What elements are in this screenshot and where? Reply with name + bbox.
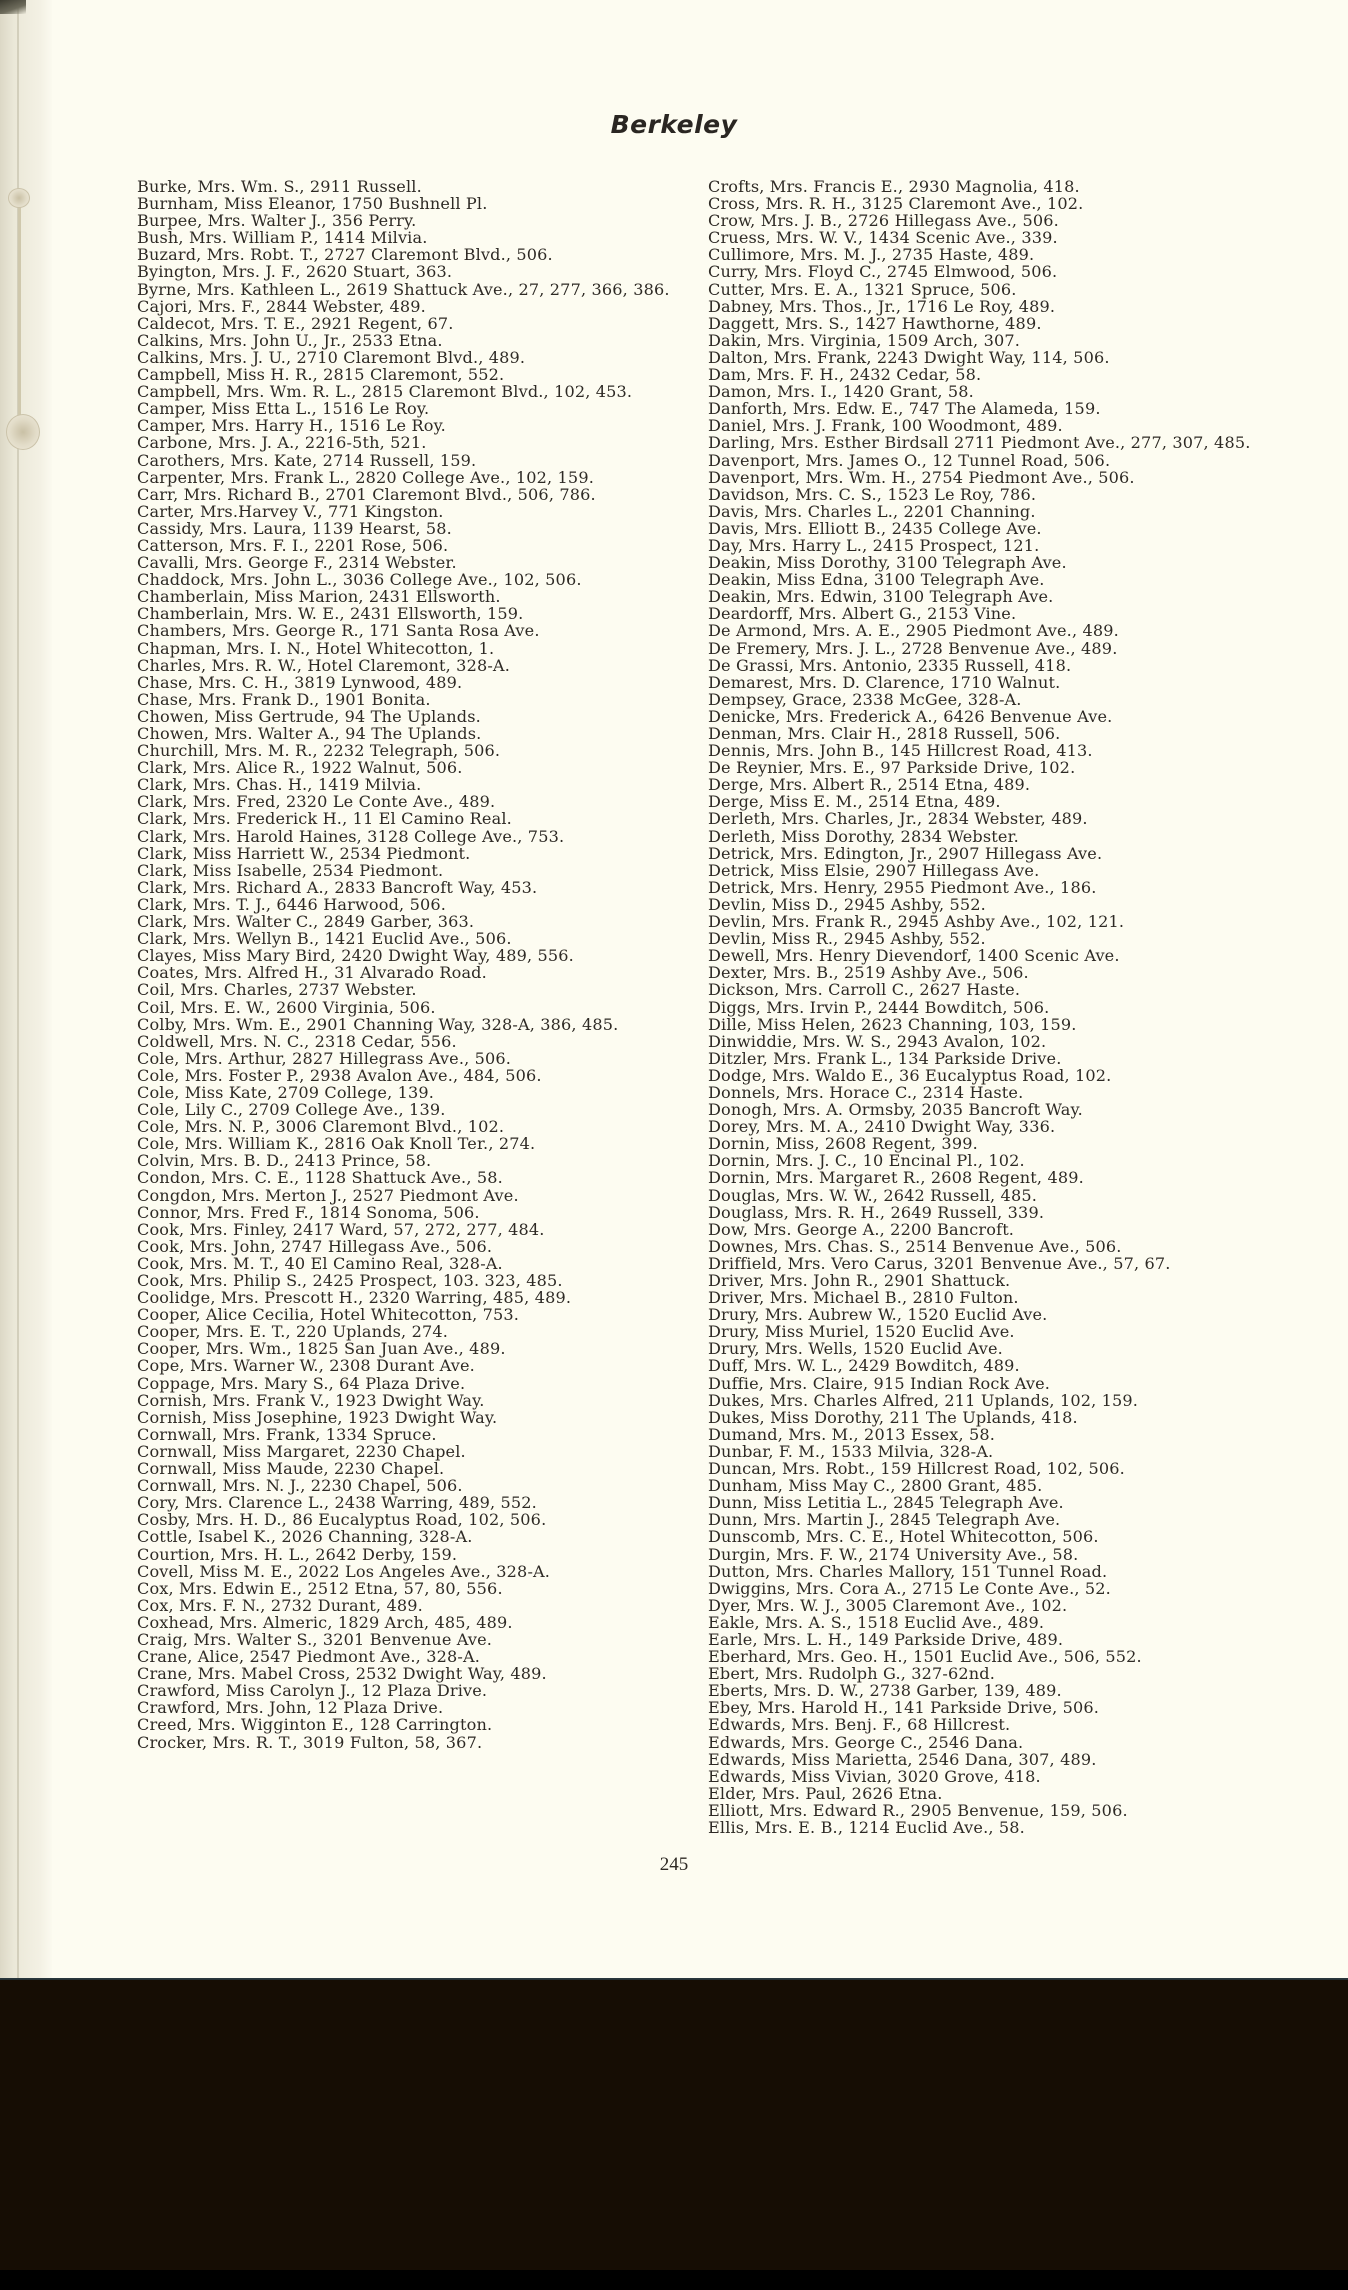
directory-entry: Dexter, Mrs. B., 2519 Ashby Ave., 506.: [708, 964, 1298, 981]
directory-entry: Byington, Mrs. J. F., 2620 Stuart, 363.: [137, 263, 697, 280]
directory-entry: Deakin, Miss Dorothy, 3100 Telegraph Ave…: [708, 554, 1298, 571]
directory-entry: Ditzler, Mrs. Frank L., 134 Parkside Dri…: [708, 1050, 1298, 1067]
directory-entry: Cook, Mrs. Finley, 2417 Ward, 57, 272, 2…: [137, 1221, 697, 1238]
directory-entry: Demarest, Mrs. D. Clarence, 1710 Walnut.: [708, 674, 1298, 691]
directory-entry: Cox, Mrs. Edwin E., 2512 Etna, 57, 80, 5…: [137, 1580, 697, 1597]
directory-entry: Drury, Mrs. Wells, 1520 Euclid Ave.: [708, 1340, 1298, 1357]
directory-entry: Dennis, Mrs. John B., 145 Hillcrest Road…: [708, 742, 1298, 759]
directory-entry: Congdon, Mrs. Merton J., 2527 Piedmont A…: [137, 1187, 697, 1204]
directory-entry: Clark, Mrs. Chas. H., 1419 Milvia.: [137, 776, 697, 793]
directory-entry: Clark, Miss Harriett W., 2534 Piedmont.: [137, 845, 697, 862]
directory-entry: Dumand, Mrs. M., 2013 Essex, 58.: [708, 1426, 1298, 1443]
directory-entry: Dornin, Mrs. J. C., 10 Encinal Pl., 102.: [708, 1152, 1298, 1169]
directory-entry: Churchill, Mrs. M. R., 2232 Telegraph, 5…: [137, 742, 697, 759]
directory-entry: Cole, Mrs. Foster P., 2938 Avalon Ave., …: [137, 1067, 697, 1084]
directory-entry: Driver, Mrs. Michael B., 2810 Fulton.: [708, 1289, 1298, 1306]
directory-entry: Dunham, Miss May C., 2800 Grant, 485.: [708, 1477, 1298, 1494]
directory-entry: Cullimore, Mrs. M. J., 2735 Haste, 489.: [708, 246, 1298, 263]
directory-entry: Eakle, Mrs. A. S., 1518 Euclid Ave., 489…: [708, 1614, 1298, 1631]
directory-entry: Dutton, Mrs. Charles Mallory, 151 Tunnel…: [708, 1563, 1298, 1580]
directory-entry: Clark, Miss Isabelle, 2534 Piedmont.: [137, 862, 697, 879]
directory-entry: Davidson, Mrs. C. S., 1523 Le Roy, 786.: [708, 486, 1298, 503]
directory-entry: Denman, Mrs. Clair H., 2818 Russell, 506…: [708, 725, 1298, 742]
directory-entry: Drury, Miss Muriel, 1520 Euclid Ave.: [708, 1323, 1298, 1340]
directory-entry: Dukes, Mrs. Charles Alfred, 211 Uplands,…: [708, 1392, 1298, 1409]
directory-entry: Cassidy, Mrs. Laura, 1139 Hearst, 58.: [137, 520, 697, 537]
directory-entry: Ebert, Mrs. Rudolph G., 327-62nd.: [708, 1665, 1298, 1682]
directory-entry: Elliott, Mrs. Edward R., 2905 Benvenue, …: [708, 1802, 1298, 1819]
directory-entry: Coldwell, Mrs. N. C., 2318 Cedar, 556.: [137, 1033, 697, 1050]
directory-column-left: Burke, Mrs. Wm. S., 2911 Russell.Burnham…: [137, 178, 697, 1751]
directory-entry: Coppage, Mrs. Mary S., 64 Plaza Drive.: [137, 1375, 697, 1392]
directory-entry: Cole, Mrs. Arthur, 2827 Hillegrass Ave.,…: [137, 1050, 697, 1067]
directory-entry: Chowen, Miss Gertrude, 94 The Uplands.: [137, 708, 697, 725]
directory-entry: Calkins, Mrs. J. U., 2710 Claremont Blvd…: [137, 349, 697, 366]
directory-entry: Duff, Mrs. W. L., 2429 Bowditch, 489.: [708, 1357, 1298, 1374]
directory-entry: Chamberlain, Mrs. W. E., 2431 Ellsworth,…: [137, 605, 697, 622]
directory-entry: Edwards, Mrs. George C., 2546 Dana.: [708, 1734, 1298, 1751]
directory-entry: Ebey, Mrs. Harold H., 141 Parkside Drive…: [708, 1699, 1298, 1716]
directory-entry: Caldecot, Mrs. T. E., 2921 Regent, 67.: [137, 315, 697, 332]
directory-entry: Courtion, Mrs. H. L., 2642 Derby, 159.: [137, 1546, 697, 1563]
directory-entry: Eberts, Mrs. D. W., 2738 Garber, 139, 48…: [708, 1682, 1298, 1699]
directory-entry: Dunn, Mrs. Martin J., 2845 Telegraph Ave…: [708, 1511, 1298, 1528]
directory-entry: Crane, Mrs. Mabel Cross, 2532 Dwight Way…: [137, 1665, 697, 1682]
directory-entry: Earle, Mrs. L. H., 149 Parkside Drive, 4…: [708, 1631, 1298, 1648]
directory-entry: Coates, Mrs. Alfred H., 31 Alvarado Road…: [137, 964, 697, 981]
directory-entry: Davis, Mrs. Elliott B., 2435 College Ave…: [708, 520, 1298, 537]
directory-entry: Cook, Mrs. John, 2747 Hillegass Ave., 50…: [137, 1238, 697, 1255]
directory-entry: Cosby, Mrs. H. D., 86 Eucalyptus Road, 1…: [137, 1511, 697, 1528]
directory-entry: Clark, Mrs. Frederick H., 11 El Camino R…: [137, 810, 697, 827]
directory-entry: Buzard, Mrs. Robt. T., 2727 Claremont Bl…: [137, 246, 697, 263]
directory-entry: Crofts, Mrs. Francis E., 2930 Magnolia, …: [708, 178, 1298, 195]
directory-entry: Detrick, Mrs. Edington, Jr., 2907 Hilleg…: [708, 845, 1298, 862]
directory-entry: Dewell, Mrs. Henry Dievendorf, 1400 Scen…: [708, 947, 1298, 964]
directory-entry: Dempsey, Grace, 2338 McGee, 328-A.: [708, 691, 1298, 708]
directory-entry: Charles, Mrs. R. W., Hotel Claremont, 32…: [137, 657, 697, 674]
directory-entry: Carbone, Mrs. J. A., 2216-5th, 521.: [137, 434, 697, 451]
directory-entry: Coil, Mrs. E. W., 2600 Virginia, 506.: [137, 999, 697, 1016]
directory-entry: Clark, Mrs. Harold Haines, 3128 College …: [137, 828, 697, 845]
directory-entry: Edwards, Miss Vivian, 3020 Grove, 418.: [708, 1768, 1298, 1785]
directory-entry: Colvin, Mrs. B. D., 2413 Prince, 58.: [137, 1152, 697, 1169]
directory-entry: Denicke, Mrs. Frederick A., 6426 Benvenu…: [708, 708, 1298, 725]
directory-entry: Driffield, Mrs. Vero Carus, 3201 Benvenu…: [708, 1255, 1298, 1272]
directory-entry: Danforth, Mrs. Edw. E., 747 The Alameda,…: [708, 400, 1298, 417]
directory-entry: Connor, Mrs. Fred F., 1814 Sonoma, 506.: [137, 1204, 697, 1221]
directory-entry: Dille, Miss Helen, 2623 Channing, 103, 1…: [708, 1016, 1298, 1033]
directory-entry: Chowen, Mrs. Walter A., 94 The Uplands.: [137, 725, 697, 742]
directory-column-right: Crofts, Mrs. Francis E., 2930 Magnolia, …: [708, 178, 1298, 1836]
directory-entry: Darling, Mrs. Esther Birdsall 2711 Piedm…: [708, 434, 1298, 451]
directory-entry: Campbell, Miss H. R., 2815 Claremont, 55…: [137, 366, 697, 383]
page-binding: [0, 0, 52, 1980]
directory-entry: Cook, Mrs. M. T., 40 El Camino Real, 328…: [137, 1255, 697, 1272]
directory-entry: Elder, Mrs. Paul, 2626 Etna.: [708, 1785, 1298, 1802]
directory-entry: Durgin, Mrs. F. W., 2174 University Ave.…: [708, 1546, 1298, 1563]
directory-entry: Cole, Lily C., 2709 College Ave., 139.: [137, 1101, 697, 1118]
directory-entry: Chase, Mrs. Frank D., 1901 Bonita.: [137, 691, 697, 708]
binding-hole-icon: [6, 414, 40, 450]
directory-entry: Cornish, Mrs. Frank V., 1923 Dwight Way.: [137, 1392, 697, 1409]
directory-entry: Byrne, Mrs. Kathleen L., 2619 Shattuck A…: [137, 281, 697, 298]
directory-entry: Covell, Miss M. E., 2022 Los Angeles Ave…: [137, 1563, 697, 1580]
directory-entry: Driver, Mrs. John R., 2901 Shattuck.: [708, 1272, 1298, 1289]
directory-entry: Donogh, Mrs. A. Ormsby, 2035 Bancroft Wa…: [708, 1101, 1298, 1118]
directory-entry: Chaddock, Mrs. John L., 3036 College Ave…: [137, 571, 697, 588]
directory-entry: Detrick, Miss Elsie, 2907 Hillegass Ave.: [708, 862, 1298, 879]
directory-entry: Cornwall, Miss Maude, 2230 Chapel.: [137, 1460, 697, 1477]
directory-entry: Derleth, Mrs. Charles, Jr., 2834 Webster…: [708, 810, 1298, 827]
directory-entry: Cope, Mrs. Warner W., 2308 Durant Ave.: [137, 1357, 697, 1374]
directory-entry: Clark, Mrs. Fred, 2320 Le Conte Ave., 48…: [137, 793, 697, 810]
directory-entry: Derleth, Miss Dorothy, 2834 Webster.: [708, 828, 1298, 845]
directory-entry: Detrick, Mrs. Henry, 2955 Piedmont Ave.,…: [708, 879, 1298, 896]
directory-entry: Derge, Miss E. M., 2514 Etna, 489.: [708, 793, 1298, 810]
scan-background: [0, 1980, 1348, 2270]
directory-entry: Dunscomb, Mrs. C. E., Hotel Whitecotton,…: [708, 1528, 1298, 1545]
directory-entry: Deardorff, Mrs. Albert G., 2153 Vine.: [708, 605, 1298, 622]
directory-entry: De Grassi, Mrs. Antonio, 2335 Russell, 4…: [708, 657, 1298, 674]
directory-entry: Crane, Alice, 2547 Piedmont Ave., 328-A.: [137, 1648, 697, 1665]
directory-entry: Carr, Mrs. Richard B., 2701 Claremont Bl…: [137, 486, 697, 503]
directory-entry: Bush, Mrs. William P., 1414 Milvia.: [137, 229, 697, 246]
directory-entry: Cole, Mrs. N. P., 3006 Claremont Blvd., …: [137, 1118, 697, 1135]
directory-entry: Downes, Mrs. Chas. S., 2514 Benvenue Ave…: [708, 1238, 1298, 1255]
directory-entry: Cooper, Mrs. Wm., 1825 San Juan Ave., 48…: [137, 1340, 697, 1357]
directory-entry: Condon, Mrs. C. E., 1128 Shattuck Ave., …: [137, 1169, 697, 1186]
directory-entry: Cole, Miss Kate, 2709 College, 139.: [137, 1084, 697, 1101]
directory-entry: Cooper, Alice Cecilia, Hotel Whitecotton…: [137, 1306, 697, 1323]
directory-entry: Clark, Mrs. Walter C., 2849 Garber, 363.: [137, 913, 697, 930]
directory-entry: Dabney, Mrs. Thos., Jr., 1716 Le Roy, 48…: [708, 298, 1298, 315]
directory-entry: Dunbar, F. M., 1533 Milvia, 328-A.: [708, 1443, 1298, 1460]
directory-entry: Creed, Mrs. Wigginton E., 128 Carrington…: [137, 1716, 697, 1733]
binding-hole-icon: [8, 188, 30, 208]
directory-entry: Donnels, Mrs. Horace C., 2314 Haste.: [708, 1084, 1298, 1101]
directory-entry: Dakin, Mrs. Virginia, 1509 Arch, 307.: [708, 332, 1298, 349]
directory-entry: Campbell, Mrs. Wm. R. L., 2815 Claremont…: [137, 383, 697, 400]
directory-entry: Clayes, Miss Mary Bird, 2420 Dwight Way,…: [137, 947, 697, 964]
directory-entry: Cornwall, Mrs. N. J., 2230 Chapel, 506.: [137, 1477, 697, 1494]
directory-entry: Devlin, Miss R., 2945 Ashby, 552.: [708, 930, 1298, 947]
directory-entry: Catterson, Mrs. F. I., 2201 Rose, 506.: [137, 537, 697, 554]
directory-entry: Daggett, Mrs. S., 1427 Hawthorne, 489.: [708, 315, 1298, 332]
directory-entry: Drury, Mrs. Aubrew W., 1520 Euclid Ave.: [708, 1306, 1298, 1323]
directory-entry: Duffie, Mrs. Claire, 915 Indian Rock Ave…: [708, 1375, 1298, 1392]
directory-entry: Deakin, Miss Edna, 3100 Telegraph Ave.: [708, 571, 1298, 588]
directory-entry: Camper, Mrs. Harry H., 1516 Le Roy.: [137, 417, 697, 434]
directory-entry: Eberhard, Mrs. Geo. H., 1501 Euclid Ave.…: [708, 1648, 1298, 1665]
directory-entry: Cutter, Mrs. E. A., 1321 Spruce, 506.: [708, 281, 1298, 298]
directory-entry: Damon, Mrs. I., 1420 Grant, 58.: [708, 383, 1298, 400]
directory-entry: Douglas, Mrs. W. W., 2642 Russell, 485.: [708, 1187, 1298, 1204]
directory-entry: Ellis, Mrs. E. B., 1214 Euclid Ave., 58.: [708, 1819, 1298, 1836]
directory-entry: Edwards, Miss Marietta, 2546 Dana, 307, …: [708, 1751, 1298, 1768]
directory-entry: Burke, Mrs. Wm. S., 2911 Russell.: [137, 178, 697, 195]
directory-entry: Devlin, Mrs. Frank R., 2945 Ashby Ave., …: [708, 913, 1298, 930]
directory-entry: Daniel, Mrs. J. Frank, 100 Woodmont, 489…: [708, 417, 1298, 434]
directory-entry: Crawford, Mrs. John, 12 Plaza Drive.: [137, 1699, 697, 1716]
directory-entry: Day, Mrs. Harry L., 2415 Prospect, 121.: [708, 537, 1298, 554]
directory-entry: Burnham, Miss Eleanor, 1750 Bushnell Pl.: [137, 195, 697, 212]
directory-entry: Camper, Miss Etta L., 1516 Le Roy.: [137, 400, 697, 417]
directory-entry: Chapman, Mrs. I. N., Hotel Whitecotton, …: [137, 640, 697, 657]
directory-entry: Cox, Mrs. F. N., 2732 Durant, 489.: [137, 1597, 697, 1614]
directory-entry: Craig, Mrs. Walter S., 3201 Benvenue Ave…: [137, 1631, 697, 1648]
directory-entry: Coolidge, Mrs. Prescott H., 2320 Warring…: [137, 1289, 697, 1306]
directory-entry: Chambers, Mrs. George R., 171 Santa Rosa…: [137, 622, 697, 639]
directory-entry: Calkins, Mrs. John U., Jr., 2533 Etna.: [137, 332, 697, 349]
directory-entry: Cajori, Mrs. F., 2844 Webster, 489.: [137, 298, 697, 315]
directory-entry: Dow, Mrs. George A., 2200 Bancroft.: [708, 1221, 1298, 1238]
directory-entry: Davis, Mrs. Charles L., 2201 Channing.: [708, 503, 1298, 520]
directory-entry: De Armond, Mrs. A. E., 2905 Piedmont Ave…: [708, 622, 1298, 639]
directory-entry: Cottle, Isabel K., 2026 Channing, 328-A.: [137, 1528, 697, 1545]
directory-entry: Coxhead, Mrs. Almeric, 1829 Arch, 485, 4…: [137, 1614, 697, 1631]
directory-entry: Cooper, Mrs. E. T., 220 Uplands, 274.: [137, 1323, 697, 1340]
page-corner-shadow: [0, 0, 26, 14]
directory-entry: Cory, Mrs. Clarence L., 2438 Warring, 48…: [137, 1494, 697, 1511]
binding-thread: [18, 196, 21, 428]
directory-page: Berkeley Burke, Mrs. Wm. S., 2911 Russel…: [0, 0, 1348, 1980]
directory-entry: Cornish, Miss Josephine, 1923 Dwight Way…: [137, 1409, 697, 1426]
directory-entry: Crow, Mrs. J. B., 2726 Hillegass Ave., 5…: [708, 212, 1298, 229]
directory-entry: Devlin, Miss D., 2945 Ashby, 552.: [708, 896, 1298, 913]
directory-entry: Dornin, Miss, 2608 Regent, 399.: [708, 1135, 1298, 1152]
directory-entry: Clark, Mrs. Wellyn B., 1421 Euclid Ave.,…: [137, 930, 697, 947]
directory-entry: Carter, Mrs.Harvey V., 771 Kingston.: [137, 503, 697, 520]
directory-entry: Dorey, Mrs. M. A., 2410 Dwight Way, 336.: [708, 1118, 1298, 1135]
directory-entry: Dodge, Mrs. Waldo E., 36 Eucalyptus Road…: [708, 1067, 1298, 1084]
directory-entry: Cruess, Mrs. W. V., 1434 Scenic Ave., 33…: [708, 229, 1298, 246]
directory-entry: Coil, Mrs. Charles, 2737 Webster.: [137, 981, 697, 998]
directory-entry: Deakin, Mrs. Edwin, 3100 Telegraph Ave.: [708, 588, 1298, 605]
directory-entry: Dornin, Mrs. Margaret R., 2608 Regent, 4…: [708, 1169, 1298, 1186]
directory-entry: Cross, Mrs. R. H., 3125 Claremont Ave., …: [708, 195, 1298, 212]
directory-entry: Davenport, Mrs. Wm. H., 2754 Piedmont Av…: [708, 469, 1298, 486]
directory-entry: Cornwall, Miss Margaret, 2230 Chapel.: [137, 1443, 697, 1460]
directory-entry: Carpenter, Mrs. Frank L., 2820 College A…: [137, 469, 697, 486]
directory-entry: Dalton, Mrs. Frank, 2243 Dwight Way, 114…: [708, 349, 1298, 366]
directory-entry: De Reynier, Mrs. E., 97 Parkside Drive, …: [708, 759, 1298, 776]
directory-entry: Chamberlain, Miss Marion, 2431 Ellsworth…: [137, 588, 697, 605]
directory-entry: Dwiggins, Mrs. Cora A., 2715 Le Conte Av…: [708, 1580, 1298, 1597]
directory-entry: Dinwiddie, Mrs. W. S., 2943 Avalon, 102.: [708, 1033, 1298, 1050]
directory-entry: Clark, Mrs. Richard A., 2833 Bancroft Wa…: [137, 879, 697, 896]
directory-entry: Clark, Mrs. T. J., 6446 Harwood, 506.: [137, 896, 697, 913]
directory-entry: Diggs, Mrs. Irvin P., 2444 Bowditch, 506…: [708, 999, 1298, 1016]
directory-entry: Cook, Mrs. Philip S., 2425 Prospect, 103…: [137, 1272, 697, 1289]
page-title: Berkeley: [0, 110, 1348, 139]
page-number: 245: [0, 1854, 1348, 1876]
directory-entry: Carothers, Mrs. Kate, 2714 Russell, 159.: [137, 452, 697, 469]
directory-entry: Chase, Mrs. C. H., 3819 Lynwood, 489.: [137, 674, 697, 691]
directory-entry: Dyer, Mrs. W. J., 3005 Claremont Ave., 1…: [708, 1597, 1298, 1614]
directory-entry: Cole, Mrs. William K., 2816 Oak Knoll Te…: [137, 1135, 697, 1152]
directory-entry: Cavalli, Mrs. George F., 2314 Webster.: [137, 554, 697, 571]
directory-entry: Derge, Mrs. Albert R., 2514 Etna, 489.: [708, 776, 1298, 793]
directory-entry: Colby, Mrs. Wm. E., 2901 Channing Way, 3…: [137, 1016, 697, 1033]
directory-entry: Burpee, Mrs. Walter J., 356 Perry.: [137, 212, 697, 229]
directory-entry: Cornwall, Mrs. Frank, 1334 Spruce.: [137, 1426, 697, 1443]
directory-entry: Dukes, Miss Dorothy, 211 The Uplands, 41…: [708, 1409, 1298, 1426]
directory-entry: Duncan, Mrs. Robt., 159 Hillcrest Road, …: [708, 1460, 1298, 1477]
directory-entry: Douglass, Mrs. R. H., 2649 Russell, 339.: [708, 1204, 1298, 1221]
directory-entry: Dam, Mrs. F. H., 2432 Cedar, 58.: [708, 366, 1298, 383]
directory-entry: Crocker, Mrs. R. T., 3019 Fulton, 58, 36…: [137, 1734, 697, 1751]
directory-entry: Davenport, Mrs. James O., 12 Tunnel Road…: [708, 452, 1298, 469]
directory-entry: De Fremery, Mrs. J. L., 2728 Benvenue Av…: [708, 640, 1298, 657]
directory-entry: Edwards, Mrs. Benj. F., 68 Hillcrest.: [708, 1716, 1298, 1733]
directory-entry: Crawford, Miss Carolyn J., 12 Plaza Driv…: [137, 1682, 697, 1699]
directory-entry: Dickson, Mrs. Carroll C., 2627 Haste.: [708, 981, 1298, 998]
directory-entry: Curry, Mrs. Floyd C., 2745 Elmwood, 506.: [708, 263, 1298, 280]
directory-entry: Dunn, Miss Letitia L., 2845 Telegraph Av…: [708, 1494, 1298, 1511]
directory-entry: Clark, Mrs. Alice R., 1922 Walnut, 506.: [137, 759, 697, 776]
